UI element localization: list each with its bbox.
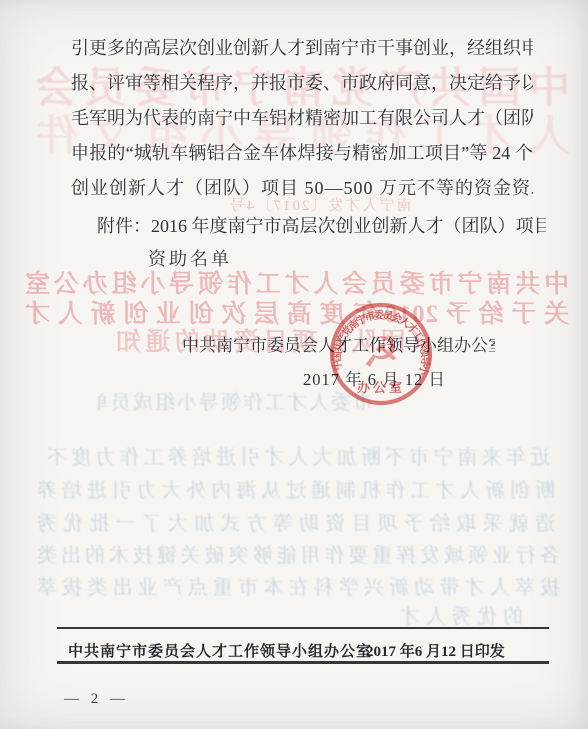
body-line-4: 申报的“城轨车辆铝合金车体焊接与精密加工项目”等 24 个 [71,136,533,171]
attachment-line-2: 资助名单 [148,245,232,271]
body-line-3: 毛军明为代表的南宁中车铝材精密加工有限公司人才（团队） [71,101,533,136]
footer-rule-bottom [57,661,549,664]
footer-rule-top [57,627,549,629]
scanned-document-page: 中国共产党南宁市委员会 人才工作领导小组文件 南宁人才发〔2017〕4号 中共南… [0,0,588,729]
body-line-5: 创业创新人才（团队）项目 50—500 万元不等的资金资助。 [71,171,533,206]
seal-bottom-text: 办公室 [357,380,405,396]
official-seal: 中国共产党南宁市委员会人才工作领导小组 ☭ 办公室 [326,300,436,410]
attachment-line-1: 附件：2016 年度南宁市高层次创业创新人才（团队）项目 [97,213,546,239]
body-line-1: 引更多的高层次创业创新人才到南宁市干事创业，经组织申 [71,31,533,66]
body-line-2: 报、评审等相关程序，并报市委、市政府同意，决定给予以 [71,66,533,101]
main-paragraph: 引更多的高层次创业创新人才到南宁市干事创业，经组织申 报、评审等相关程序，并报市… [71,31,533,206]
footer-issuer: 中共南宁市委员会人才工作领导小组办公室 [68,640,372,661]
footer-print-date: 2017 年6 月12 日印发 [366,640,496,661]
page-number: — 2 — [64,691,129,708]
seal-hammer-sickle-emblem: ☭ [362,328,400,377]
document-content: 引更多的高层次创业创新人才到南宁市干事创业，经组织申 报、评审等相关程序，并报市… [0,0,588,729]
